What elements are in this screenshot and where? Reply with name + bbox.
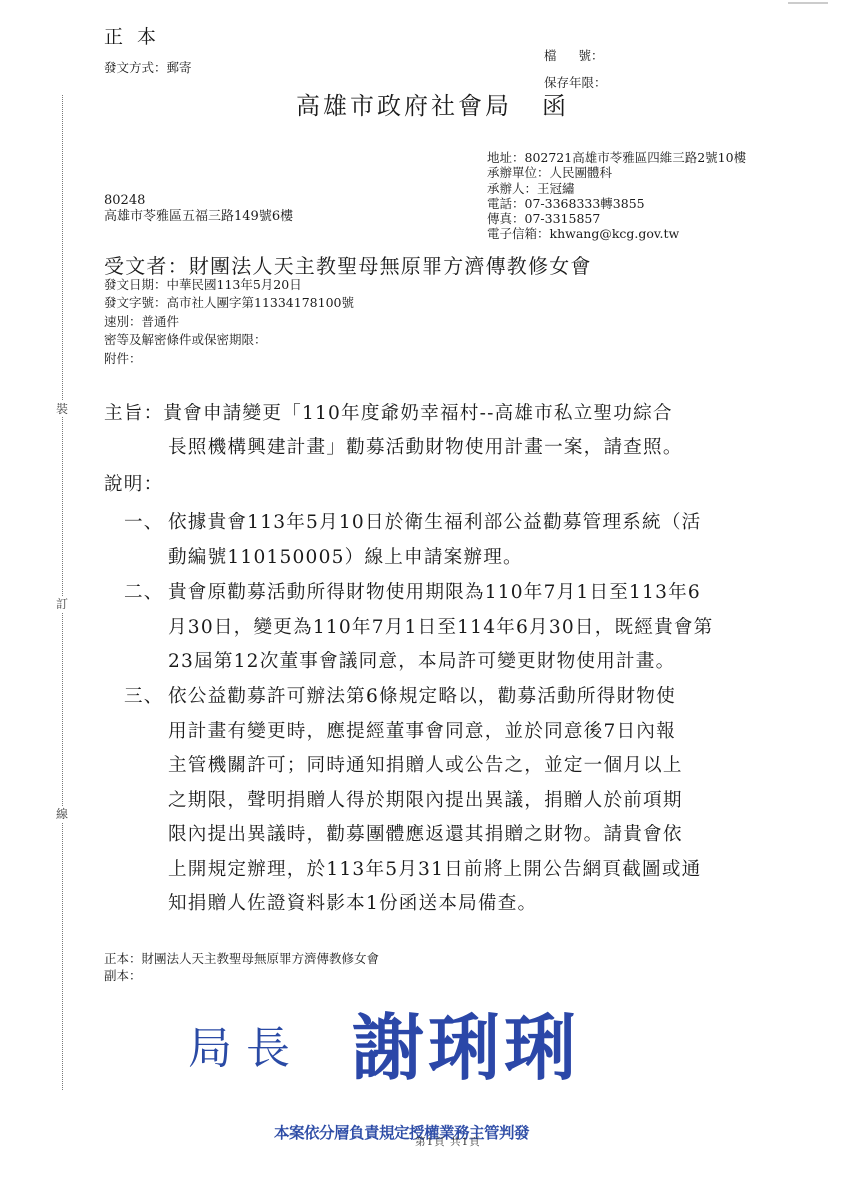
item-line: 依據貴會113年5月10日於衛生福利部公益勸募管理系統（活 <box>168 506 701 541</box>
item-line: 限內提出異議時，勸募團體應返還其捐贈之財物。請貴會依 <box>168 818 701 853</box>
contact-phone: 電話：07-3368333轉3855 <box>487 196 746 211</box>
document-meta: 發文日期：中華民國113年5月20日 發文字號：高市社人團字第113341781… <box>104 276 354 368</box>
binding-mark-xian: 線 <box>56 806 68 822</box>
item-text: 依公益勸募許可辦法第6條規定略以，勸募活動所得財物使 用計畫有變更時，應提經董事… <box>168 680 701 922</box>
addressee-name: 財團法人天主教聖母無原罪方濟傳教修女會 <box>189 254 592 278</box>
distribution-original: 正本：財團法人天主教聖母無原罪方濟傳教修女會 <box>104 950 379 967</box>
item-line: 用計畫有變更時，應提經董事會同意，並於同意後7日內報 <box>168 715 701 750</box>
binding-dotted-line <box>62 95 63 1090</box>
recipient-address-block: 80248 高雄市苓雅區五福三路149號6樓 <box>104 193 293 225</box>
item-text: 貴會原勸募活動所得財物使用期限為110年7月1日至113年6 月30日，變更為1… <box>168 576 713 680</box>
addressee-label: 受文者： <box>104 254 189 278</box>
contact-department: 承辦單位：人民團體科 <box>487 165 746 180</box>
copy-type-label: 正本 <box>104 22 170 49</box>
contact-officer: 承辦人：王冠繡 <box>487 181 746 196</box>
item-line: 主管機關許可；同時通知捐贈人或公告之，並定一個月以上 <box>168 749 701 784</box>
item-line: 貴會原勸募活動所得財物使用期限為110年7月1日至113年6 <box>168 576 713 611</box>
contact-fax: 傳真：07-3315857 <box>487 211 746 226</box>
classification: 密等及解密條件或保密期限： <box>104 331 354 349</box>
contact-email: 電子信箱：khwang@kcg.gov.tw <box>487 226 746 241</box>
page-number: 第1頁 共1頁 <box>415 1134 481 1149</box>
item-line: 動編號110150005）線上申請案辦理。 <box>168 541 701 576</box>
urgency: 速別：普通件 <box>104 313 354 331</box>
item-line: 知捐贈人佐證資料影本1份函送本局備查。 <box>168 887 701 922</box>
archive-number-label-rest: 號： <box>579 48 604 63</box>
attachments: 附件： <box>104 350 354 368</box>
addressee: 受文者：財團法人天主教聖母無原罪方濟傳教修女會 <box>104 250 592 279</box>
distribution-list: 正本：財團法人天主教聖母無原罪方濟傳教修女會 副本： <box>104 950 379 984</box>
contact-block: 地址：802721高雄市苓雅區四維三路2號10樓 承辦單位：人民團體科 承辦人：… <box>487 150 746 242</box>
item-number: 二、 <box>124 576 164 611</box>
item-line: 月30日，變更為110年7月1日至114年6月30日，既經貴會第 <box>168 611 713 646</box>
scan-artifact <box>788 2 828 4</box>
item-line: 上開規定辦理，於113年5月31日前將上開公告網頁截圖或通 <box>168 853 701 888</box>
document-type: 函 <box>542 92 569 120</box>
signature-name-stamp: 謝琍琍 <box>352 990 580 1094</box>
item-line: 之期限，聲明捐贈人得於期限內提出異議，捐贈人於前項期 <box>168 784 701 819</box>
archive-number-label-first: 檔 <box>544 48 579 63</box>
item-text: 依據貴會113年5月10日於衛生福利部公益勸募管理系統（活 動編號1101500… <box>168 506 701 575</box>
recipient-address: 高雄市苓雅區五福三路149號6樓 <box>104 209 293 225</box>
archive-number-field: 檔號： <box>544 42 607 69</box>
signature-title-stamp: 局長 <box>188 1012 304 1076</box>
explanation-label: 說明： <box>104 470 163 496</box>
subject-line-2: 長照機構興建計畫」勸募活動財物使用計畫一案，請查照。 <box>168 433 683 459</box>
issue-date: 發文日期：中華民國113年5月20日 <box>104 276 354 294</box>
delegation-stamp: 本案依分層負責規定授權業務主管判發 <box>274 1121 529 1143</box>
recipient-postal-code: 80248 <box>104 193 293 209</box>
item-line: 23屆第12次董事會議同意，本局許可變更財物使用計畫。 <box>168 645 713 680</box>
distribution-copy: 副本： <box>104 967 379 984</box>
item-number: 三、 <box>124 680 164 715</box>
item-line: 依公益勸募許可辦法第6條規定略以，勸募活動所得財物使 <box>168 680 701 715</box>
send-method-label: 發文方式： <box>104 60 167 75</box>
issuer-name: 高雄市政府社會局 <box>296 92 512 120</box>
binding-mark-zhuang: 裝 <box>56 401 68 417</box>
item-number: 一、 <box>124 506 164 541</box>
subject-line-1: 主旨：貴會申請變更「110年度爺奶幸福村--高雄市私立聖功綜合 <box>104 399 673 425</box>
binding-mark-ding: 訂 <box>56 596 68 612</box>
document-title: 高雄市政府社會局函 <box>296 86 569 121</box>
contact-address: 地址：802721高雄市苓雅區四維三路2號10樓 <box>487 150 746 165</box>
send-method-value: 郵寄 <box>167 60 192 75</box>
send-method: 發文方式：郵寄 <box>104 58 192 76</box>
document-number: 發文字號：高市社人團字第11334178100號 <box>104 294 354 312</box>
